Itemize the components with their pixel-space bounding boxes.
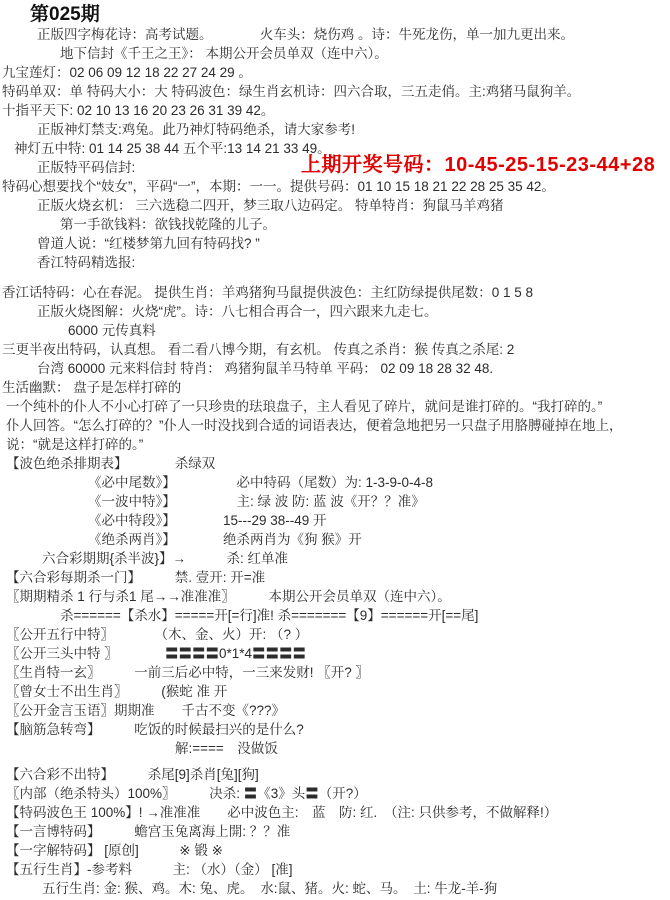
line-dixia-xinfeng: 地下信封《千王之王》： 本期公开会员单双（连中六）。 (60, 44, 670, 63)
line-neibu-jueshatetou: 〖内部（绝杀特头）100%〗 决杀: 〓《3》头〓（开?） (6, 784, 670, 803)
lottery-tip-sheet: 第025期 正版四字梅花诗：高考试题。 火车头：烧伤鸡 。诗：牛死龙伤，单一加九… (0, 0, 670, 900)
line-shashui: 杀======【杀水】=====开[=行]准! 杀=======【9】=====… (60, 606, 670, 625)
line-sha-banbo: 六合彩期期{杀半波}】→ 杀: 红单准 (42, 549, 670, 568)
line-sangeng-banye: 三更半夜出特码，认真想。 看二看八博今期，有玄机。 传真之杀肖：猴 传真之杀尾:… (2, 340, 670, 359)
line-qiqi-jingsha: 〖期期精杀 1 行与杀1 尾→→准准准〗 本期公开会员单双（连中六）。 (6, 587, 670, 606)
line-buchute: 【六合彩不出特】 杀尾[9]杀肖[兔][狗] (6, 765, 670, 784)
line-shendeng-jinzhi: 正版神灯禁支:鸡兔。此乃神灯特码绝杀，请大家参考! (37, 120, 670, 139)
line-boseswang: 【特码波色王 100%】! →准准准 必中波色主: 蓝 防: 红. （注: 只供… (6, 803, 670, 822)
line-riddle-answer: 解:==== 没做饭 (175, 739, 670, 758)
line-meihua-poem: 正版四字梅花诗：高考试题。 火车头：烧伤鸡 。诗：牛死龙伤，单一加九更出来。 (37, 25, 670, 44)
last-draw-numbers: 上期开奖号码：10-45-25-15-23-44+28 (301, 148, 655, 177)
line-wuxing-shengxiao-detail: 五行生肖: 金: 猴、鸡。木: 兔、虎。 水:鼠、猪。火: 蛇、马。 土: 牛龙… (42, 879, 670, 898)
line-zengnvshi: 〖曾女士不出生肖〗 (猴蛇 准 开 (6, 682, 670, 701)
blank-gap (0, 758, 670, 765)
line-joke-2: 仆人回答。“怎么打碎的？”仆人一时没找到合适的词语表达，便着急地把另一只盘子用胳… (6, 416, 670, 435)
line-wuxing-shengxiao-header: 【五行生肖】-参考料 主: （水）（金） [准] (6, 860, 670, 879)
line-naojin-jizhuanwan: 【脑筋急转弯】 吃饭的时候最扫兴的是什么? (6, 720, 670, 739)
line-jiubao-liandeng: 九宝莲灯：02 06 09 12 18 22 27 24 29 。 (2, 63, 670, 82)
line-shizhi-pingtianxia: 十指平天下: 02 10 13 16 20 23 26 31 39 42。 (2, 101, 670, 120)
line-taiwan-laima: 台湾 60000 元来料信封 特肖： 鸡猪狗鼠羊马特单 平码： 02 09 18… (37, 359, 670, 378)
line-wuxing-zhongte: 〖公开五行中特〗 （木、金、火）开: （? ） (6, 625, 670, 644)
line-bose-jueshai: 【波色绝杀排期表】 杀绿双 (6, 454, 670, 473)
line-xiangjiang-bao: 香江特码精选报: (37, 253, 670, 272)
line-sha-yimen: 【六合彩每期杀一门】 禁. 壹开: 开=准 (6, 568, 670, 587)
line-tema-xinxiang: 特码心想要找个“妓女”，平码“一”，本期：一一。提供号码：01 10 15 18… (2, 177, 670, 196)
line-shengxiao-teyixuan: 〖生肖特一玄〗 一前三后必中特，一三来发财! 〖开? 〗 (6, 663, 670, 682)
line-jinyan-yuyu: 〖公开金言玉语〗期期准 千古不变《???》 (6, 701, 670, 720)
line-santou-zhongte: 〖公开三头中特 〗 〓〓〓〓0*1*4〓〓〓〓 (6, 644, 670, 663)
line-zengdaoren: 曾道人说：“红楼梦第九回有特码找? ” (37, 234, 670, 253)
line-yibo-zhongte: 《一波中特》】 主: 绿 波 防: 蓝 波《开？？准》 (88, 492, 670, 511)
line-shenghuo-youmo-title: 生活幽默： 盘子是怎样打碎的 (2, 378, 670, 397)
line-bizhong-weishu: 《必中尾数》】 必中特码（尾数）为: 1-3-9-0-4-8 (88, 473, 670, 492)
line-huoshao-xuanji: 正版火烧玄机： 三六选稳二四开，梦三取八边码定。 特单特肖：狗鼠马羊鸡猪 (37, 196, 670, 215)
line-joke-1: 一个纯朴的仆人不小心打碎了一只珍贵的珐琅盘子，主人看见了碎片，就问是谁打碎的。“… (6, 397, 670, 416)
line-chuanzhen-liao: 6000 元传真料 (68, 321, 670, 340)
line-yiyanbo-tema: 【一言博特码】 蟾宫玉兔离海上開: ？？准 (6, 822, 670, 841)
line-yizi-jietema: 【一字解特码】 [原创] ※ 锻 ※ (6, 841, 670, 860)
line-yuqian-liao: 第一手欲钱料：欲钱找乾隆的儿子。 (60, 215, 670, 234)
line-bizhong-teduan: 《必中特段》】 15---29 38--49 开 (88, 511, 670, 530)
line-huoshao-tujie: 正版火烧图解：火烧“虎”。诗：八七相合再合一，四六跟来九走七。 (37, 302, 670, 321)
issue-title: 第025期 (30, 4, 670, 25)
line-joke-3: 说：“就是这样打碎的。” (6, 435, 670, 454)
line-xiangjiang-hua: 香江话特码：心在春泥。 提供生肖：羊鸡猪狗马鼠提供波色：主红防绿提供尾数：0 1… (2, 283, 670, 302)
line-tema-danshuang: 特码单双：单 特码大小：大 特码波色：绿生肖玄机诗：四六合取，三五走俏。主:鸡猪… (2, 82, 670, 101)
line-jueshai-liangxiao: 《绝杀两肖》】 绝杀两肖为《狗 猴》开 (88, 530, 670, 549)
